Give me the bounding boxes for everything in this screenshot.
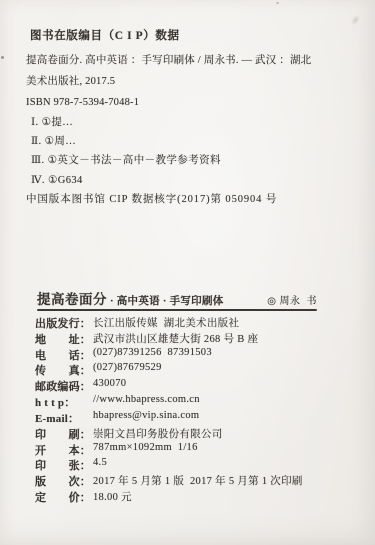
cip-classification-item: Ⅰ. ①提… xyxy=(31,113,221,132)
row-value: 崇阳文昌印务股份有限公司 xyxy=(93,426,223,441)
scan-speck xyxy=(276,2,279,4)
row-value: (027)87391256 87391503 xyxy=(93,347,212,358)
table-row: 电 话： (027)87391256 87391503 xyxy=(35,347,355,363)
cip-description-line: 美术出版社, 2017.5 xyxy=(26,71,311,92)
row-value: 4.5 xyxy=(93,457,107,468)
table-row: E-mail： hbapress@vip.sina.com xyxy=(35,410,355,426)
table-row: 版 次： 2017 年 5 月第 1 版 2017 年 5 月第 1 次印刷 xyxy=(35,473,355,489)
row-label: 出版发行： xyxy=(35,315,93,331)
cip-heading: 图书在版编目（C I P）数据 xyxy=(30,27,180,43)
row-value: 2017 年 5 月第 1 版 2017 年 5 月第 1 次印刷 xyxy=(93,473,303,488)
book-subtitle: · 高中英语 · 手写印刷体 xyxy=(110,293,224,308)
row-label: 印 刷： xyxy=(35,426,93,442)
row-value: (027)87679529 xyxy=(93,362,162,373)
table-row: 邮政编码： 430070 xyxy=(35,378,355,394)
cip-classification-list: Ⅰ. ①提… Ⅱ. ①周… Ⅲ. ①英文－书法－高中－教学参考资料 Ⅳ. ①G6… xyxy=(31,113,221,190)
row-value: 430070 xyxy=(93,378,126,389)
table-row: 开 本： 787mm×1092mm 1/16 xyxy=(35,442,355,458)
cip-classification-item: Ⅱ. ①周… xyxy=(31,132,221,151)
author-credit: ◎ 周永 书 xyxy=(267,292,317,307)
row-label: 传 真： xyxy=(35,362,93,378)
row-value: //www.hbapress.com.cn xyxy=(93,394,200,405)
table-row: 印 张： 4.5 xyxy=(35,457,355,473)
scan-speck xyxy=(1,56,4,59)
cip-description-line: 提高卷面分. 高中英语 ：手写印刷体 / 周永书. — 武汉 ：湖北 xyxy=(26,50,311,71)
horizontal-divider xyxy=(37,309,317,311)
row-value: hbapress@vip.sina.com xyxy=(93,410,199,421)
row-label: 地 址： xyxy=(35,331,93,347)
table-row: 出版发行： 长江出版传媒 湖北美术出版社 xyxy=(35,315,355,331)
table-row: 传 真： (027)87679529 xyxy=(35,362,355,378)
row-value: 武汉市洪山区雄楚大街 268 号 B 座 xyxy=(93,331,258,346)
row-label: 邮政编码： xyxy=(35,378,93,394)
row-label: 定 价： xyxy=(35,489,93,505)
cip-classification-item: Ⅲ. ①英文－书法－高中－教学参考资料 xyxy=(31,151,221,170)
row-label: 印 张： xyxy=(35,457,93,473)
row-value: 18.00 元 xyxy=(93,489,132,504)
row-label: h t t p： xyxy=(35,394,93,410)
table-row: 定 价： 18.00 元 xyxy=(35,489,355,505)
row-label: 版 次： xyxy=(35,473,93,489)
cip-classification-item: Ⅳ. ①G634 xyxy=(31,171,221,190)
row-label: 开 本： xyxy=(35,442,93,458)
cip-description: 提高卷面分. 高中英语 ：手写印刷体 / 周永书. — 武汉 ：湖北 美术出版社… xyxy=(26,50,311,113)
row-label: E-mail： xyxy=(35,410,93,426)
table-row: 印 刷： 崇阳文昌印务股份有限公司 xyxy=(35,426,355,442)
book-main-title: 提高卷面分 xyxy=(37,288,107,308)
table-row: 地 址： 武汉市洪山区雄楚大街 268 号 B 座 xyxy=(35,331,355,347)
row-value: 787mm×1092mm 1/16 xyxy=(93,442,198,453)
publication-info-table: 出版发行： 长江出版传媒 湖北美术出版社 地 址： 武汉市洪山区雄楚大街 268… xyxy=(35,315,355,505)
row-value: 长江出版传媒 湖北美术出版社 xyxy=(93,315,239,330)
book-title-bar: 提高卷面分 · 高中英语 · 手写印刷体 ◎ 周永 书 xyxy=(37,288,317,308)
scanned-copyright-page: 图书在版编目（C I P）数据 提高卷面分. 高中英语 ：手写印刷体 / 周永书… xyxy=(0,0,375,545)
row-label: 电 话： xyxy=(35,347,93,363)
scan-smudge xyxy=(349,13,362,27)
cip-isbn-line: ISBN 978-7-5394-7048-1 xyxy=(26,92,311,113)
cip-record-number: 中国版本图书馆 CIP 数据核字(2017)第 050904 号 xyxy=(26,191,277,206)
table-row: h t t p： //www.hbapress.com.cn xyxy=(35,394,355,410)
